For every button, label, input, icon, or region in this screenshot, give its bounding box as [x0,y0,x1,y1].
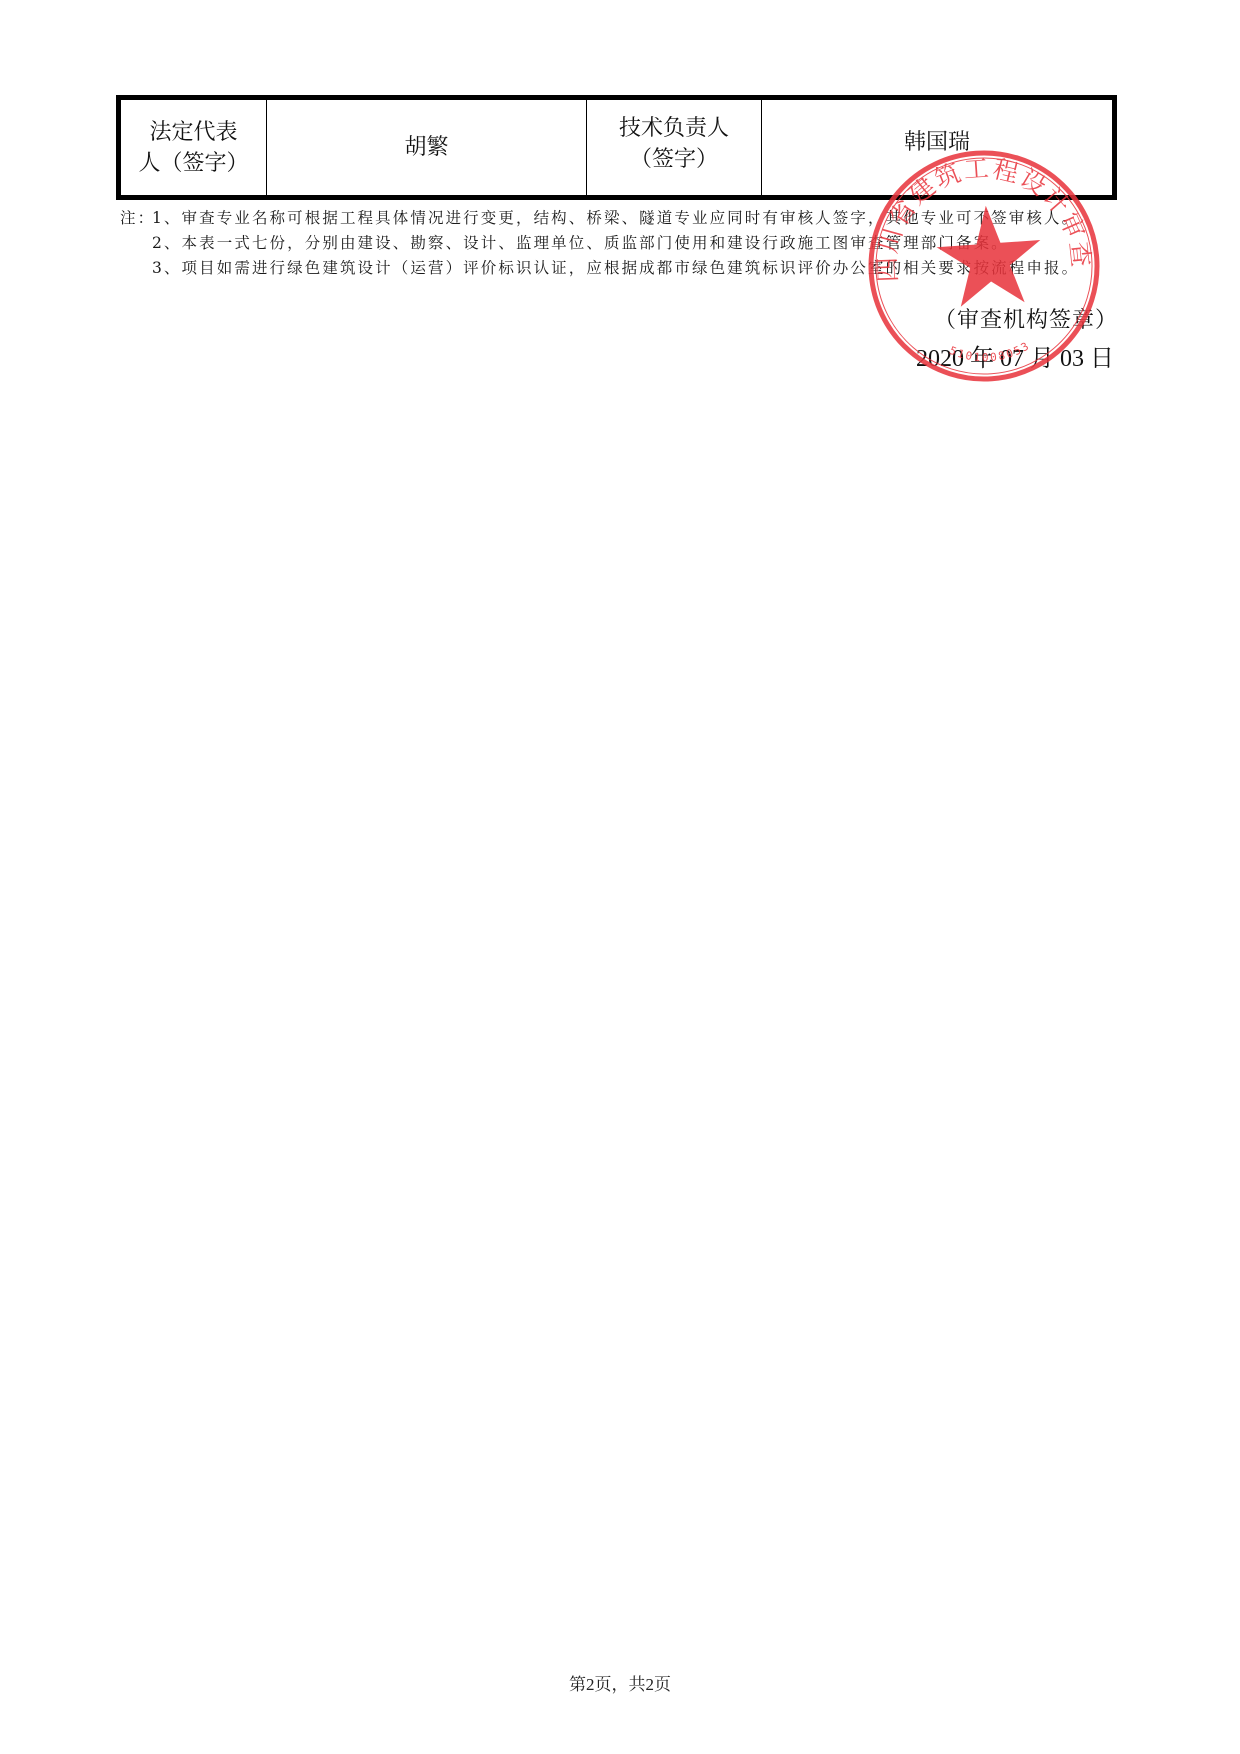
page-indicator: 第2页，共2页 [0,1670,1240,1695]
note-item: 2、本表一式七份，分别由建设、勘察、设计、监理单位、质监部门使用和建设行政施工图… [120,231,1079,256]
legal-rep-label-cell: 法定代表 人（签字） [121,100,267,195]
tech-lead-name-cell: 韩国瑞 [762,100,1112,195]
notes-section: 注： 1、审查专业名称可根据工程具体情况进行变更，结构、桥梁、隧道专业应同时有审… [120,206,1079,281]
legal-rep-name: 胡繁 [404,132,448,163]
signature-table: 法定代表 人（签字） 胡繁 技术负责人 （签字） 韩国瑞 [116,95,1117,200]
note-item: 注： 1、审查专业名称可根据工程具体情况进行变更，结构、桥梁、隧道专业应同时有审… [120,206,1079,231]
tech-lead-label: 技术负责人 （签字） [619,113,729,175]
legal-rep-name-cell: 胡繁 [267,100,587,195]
review-agency-seal-label: （审查机构签章） [934,303,1118,334]
tech-lead-label-cell: 技术负责人 （签字） [587,100,762,195]
signoff-date: 2020 年 07 月 03 日 [916,338,1114,373]
notes-prefix: 注： [120,206,152,231]
tech-lead-name: 韩国瑞 [904,127,970,158]
legal-rep-label: 法定代表 人（签字） [138,117,248,179]
note-item: 3、项目如需进行绿色建筑设计（运营）评价标识认证，应根据成都市绿色建筑标识评价办… [120,256,1079,281]
